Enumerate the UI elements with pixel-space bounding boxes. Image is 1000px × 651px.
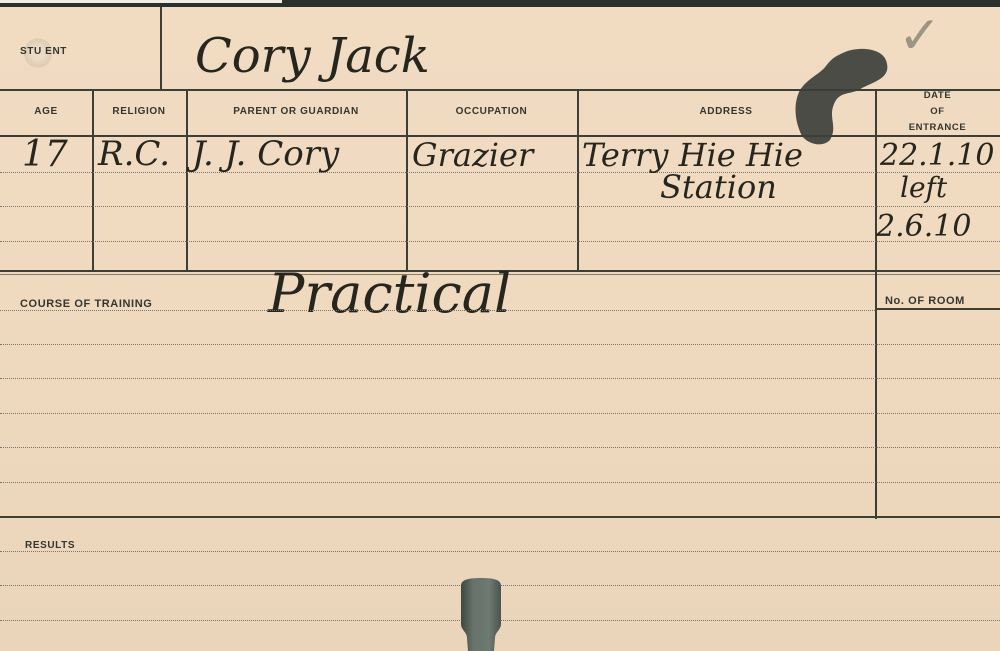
student-record-card: STU ENT Cory Jack ✓ AGE RELIGION PARENT … xyxy=(0,0,1000,651)
value-left-label: left xyxy=(900,171,947,204)
header-occupation: OCCUPATION xyxy=(406,106,577,117)
rule-under-course xyxy=(0,516,1000,518)
course-dotted-row-3 xyxy=(0,378,1000,379)
value-date-entrance: 22.1.10 xyxy=(880,138,995,173)
rule-under-student xyxy=(0,89,1000,91)
value-parent: J. J. Cory xyxy=(192,134,339,174)
course-dotted-row-2 xyxy=(0,344,1000,345)
course-label: COURSE OF TRAINING xyxy=(20,298,152,310)
student-label: STU ENT xyxy=(20,46,67,57)
rule-under-room-label xyxy=(875,308,1000,310)
course-dotted-row-5 xyxy=(0,447,1000,448)
student-divider xyxy=(160,7,162,89)
header-religion: RELIGION xyxy=(92,106,186,117)
value-religion: R.C. xyxy=(98,134,170,174)
table-dotted-row-2 xyxy=(0,206,1000,207)
course-dotted-row-4 xyxy=(0,413,1000,414)
value-date-left: 2.6.10 xyxy=(876,209,971,244)
table-dotted-row-3 xyxy=(0,241,1000,242)
results-dotted-row-1 xyxy=(0,551,1000,552)
course-dotted-row-1 xyxy=(0,310,875,311)
results-label: RESULTS xyxy=(25,540,75,551)
value-occupation: Grazier xyxy=(412,136,533,174)
room-label: No. OF ROOM xyxy=(885,295,965,307)
course-dotted-row-6 xyxy=(0,482,1000,483)
course-value: Practical xyxy=(268,262,511,325)
scan-edge-highlight xyxy=(0,0,282,3)
student-name: Cory Jack xyxy=(195,28,430,84)
card-slot-tab xyxy=(459,578,503,651)
header-age: AGE xyxy=(0,106,92,117)
header-parent: PARENT OR GUARDIAN xyxy=(186,106,406,117)
value-age: 17 xyxy=(22,134,68,175)
header-address: ADDRESS xyxy=(577,106,875,117)
checkmark-icon: ✓ xyxy=(898,6,942,66)
col-divider-address xyxy=(875,89,877,519)
header-date-of-entrance: DATE OF ENTRANCE xyxy=(875,88,1000,136)
value-address-line2: Station xyxy=(660,168,777,206)
